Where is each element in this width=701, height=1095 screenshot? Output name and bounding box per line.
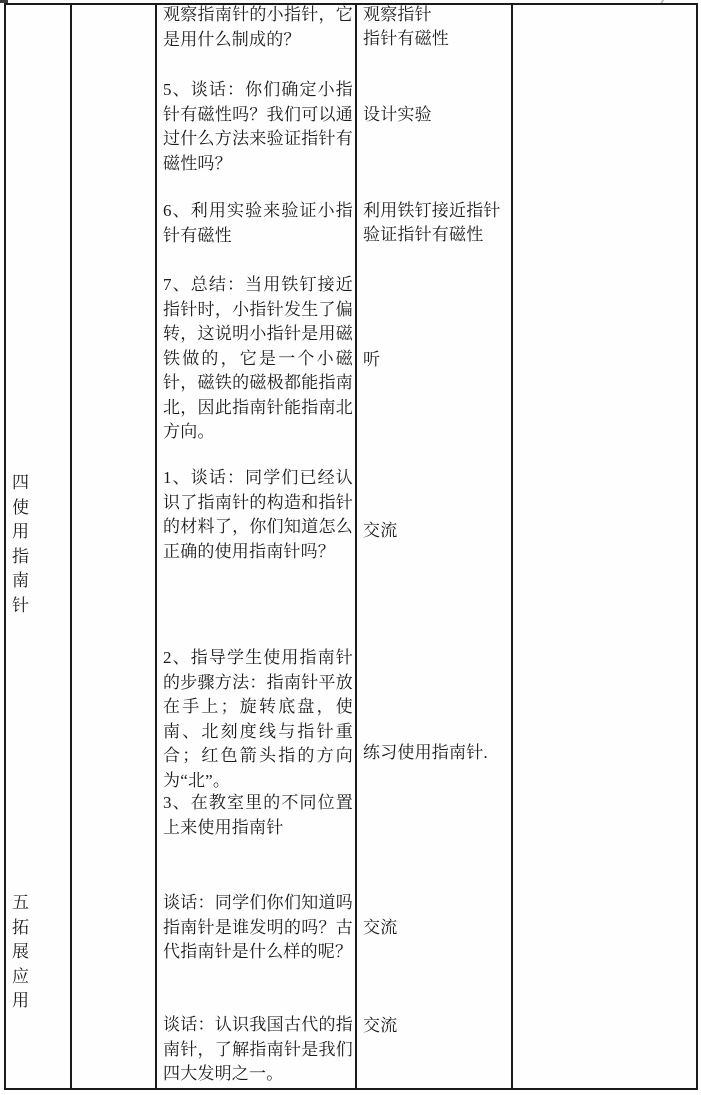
student-activity: 观察指针 [363,3,509,28]
student-activity: 利用铁钉接近指针 [363,199,509,224]
teacher-paragraph: 6、利用实验来验证小指针有磁性 [163,199,353,248]
student-activity: 交流 [363,916,509,941]
teacher-paragraph: 谈话：认识我国古代的指南针，了解指南针是我们四大发明之一。 [163,1013,353,1087]
student-activity: 交流 [363,519,509,544]
column-divider-2 [155,5,157,1088]
stage-label-section5: 五拓展应用 [12,891,31,1014]
student-activity: 验证指针有磁性 [363,223,509,248]
student-activity: 设计实验 [363,103,509,128]
teacher-paragraph: 2、指导学生使用指南针的步骤方法：指南针平放在手上；旋转底盘，使南、北刻度线与指… [163,646,353,793]
teacher-paragraph: 谈话：同学们你们知道吗指南针是谁发明的吗？古代指南针是什么样的呢？ [163,891,353,965]
column-divider-4 [511,5,513,1088]
student-activity: 听 [363,348,509,373]
teacher-paragraph: 观察指南针的小指针，它是用什么制成的？ [163,3,353,52]
document-page: 四使用指南针 五拓展应用 观察指南针的小指针，它是用什么制成的？ 5、谈话：你们… [0,0,701,1095]
column-divider-3 [355,5,357,1088]
teacher-paragraph: 3、在教室里的不同位置上来使用指南针 [163,791,353,840]
student-activity: 交流 [363,1014,509,1039]
teacher-paragraph: 5、谈话：你们确定小指针有磁性吗？我们可以通过什么方法来验证指针有磁性吗？ [163,78,353,176]
student-activity: 指针有磁性 [363,27,509,52]
stage-label-section4: 四使用指南针 [12,471,31,618]
column-divider-1 [70,5,72,1088]
student-activity: 练习使用指南针. [363,741,509,766]
teacher-paragraph: 7、总结：当用铁钉接近指针时，小指针发生了偏转，这说明小指针是用磁铁做的，它是一… [163,273,353,445]
teacher-paragraph: 1、谈话：同学们已经认识了指南针的构造和指针的材料了，你们知道怎么正确的使用指南… [163,466,353,564]
